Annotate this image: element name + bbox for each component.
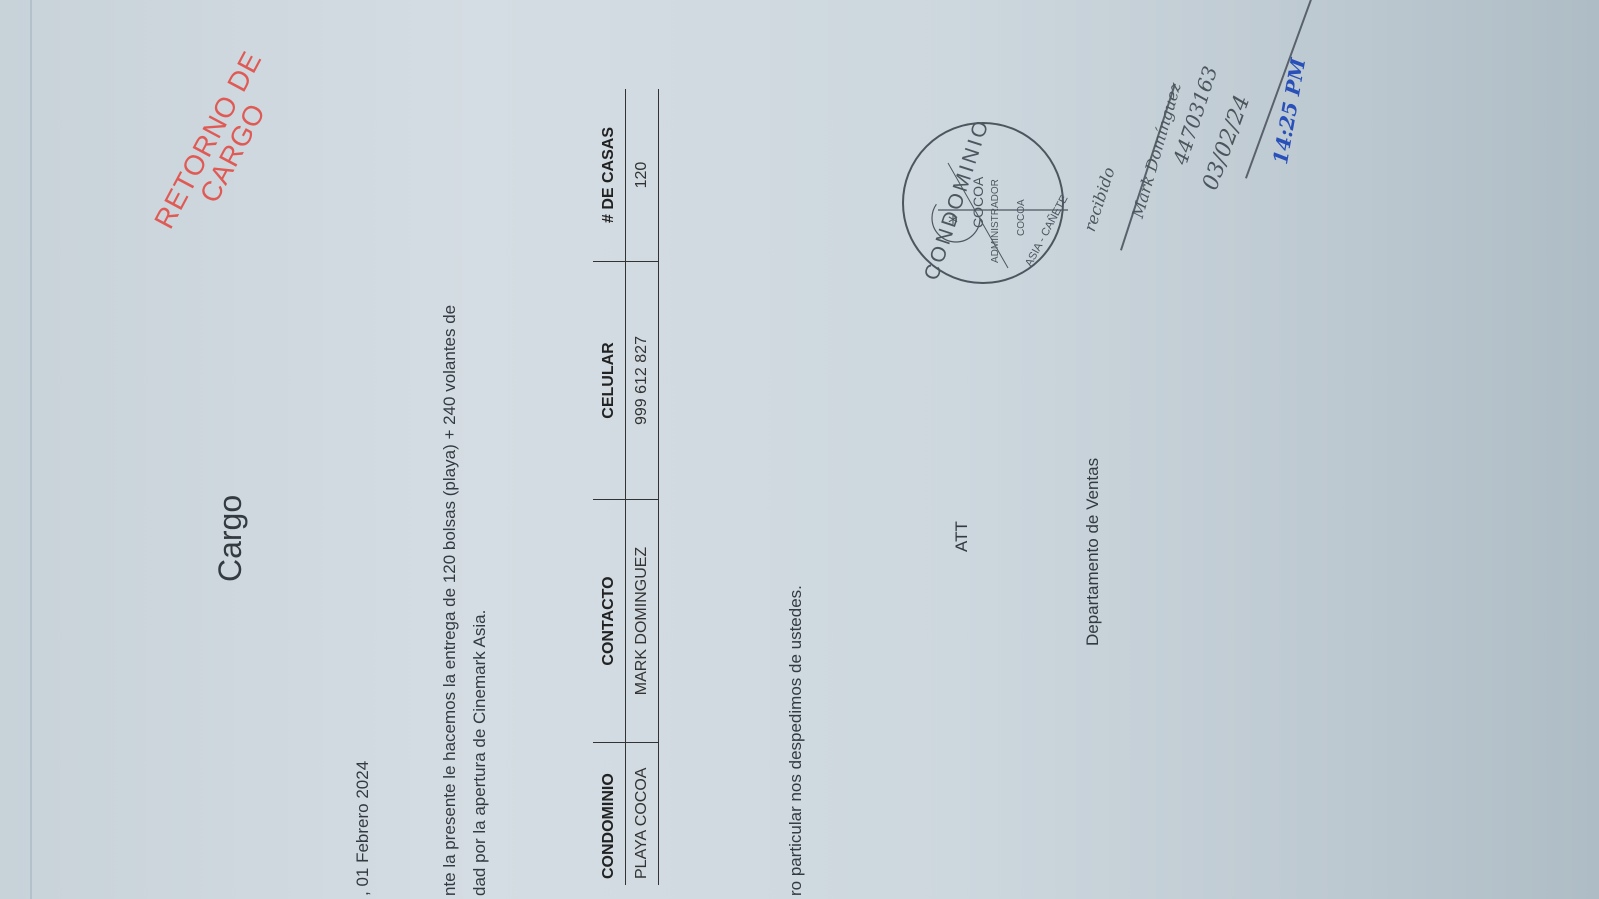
seal-sub: COCOA xyxy=(1016,199,1027,236)
document-date: , 01 Febrero 2024 xyxy=(353,761,373,896)
table-header-row: CONDOMINIO CONTACTO CELULAR # DE CASAS xyxy=(593,89,626,885)
document-title: Cargo xyxy=(212,495,249,582)
seal-brand: COCOA xyxy=(970,177,986,228)
seal-role: ADMINISTRADOR xyxy=(990,179,1001,263)
header-condominio: CONDOMINIO xyxy=(593,743,626,886)
header-casas: # DE CASAS xyxy=(593,89,626,262)
body-line-2: dad por la apertura de Cinemark Asia. xyxy=(470,610,490,896)
body-line-1: nte la presente le hacemos la entrega de… xyxy=(440,305,460,896)
header-celular: CELULAR xyxy=(593,262,626,500)
cell-celular: 999 612 827 xyxy=(626,262,659,500)
delivery-table: CONDOMINIO CONTACTO CELULAR # DE CASAS P… xyxy=(593,89,659,885)
condominium-seal: * CONDOMINIO COCOA ADMINISTRADOR COCOA A… xyxy=(898,118,1068,288)
cell-casas: 120 xyxy=(626,89,659,262)
handwritten-received: recibido xyxy=(1080,165,1119,234)
cell-condominio: PLAYA COCOA xyxy=(626,743,659,886)
header-contacto: CONTACTO xyxy=(593,500,626,743)
table-row: PLAYA COCOA MARK DOMINGUEZ 999 612 827 1… xyxy=(626,89,659,885)
cell-contacto: MARK DOMINGUEZ xyxy=(626,500,659,743)
department-label: Departamento de Ventas xyxy=(1083,458,1103,646)
return-cargo-stamp: RETORNO DE CARGO xyxy=(150,47,292,246)
att-label: ATT xyxy=(952,521,972,552)
closing-text: ro particular nos despedimos de ustedes. xyxy=(786,585,806,896)
paper-fold xyxy=(30,0,32,899)
handwritten-time: 14:25 PM xyxy=(1268,56,1310,166)
